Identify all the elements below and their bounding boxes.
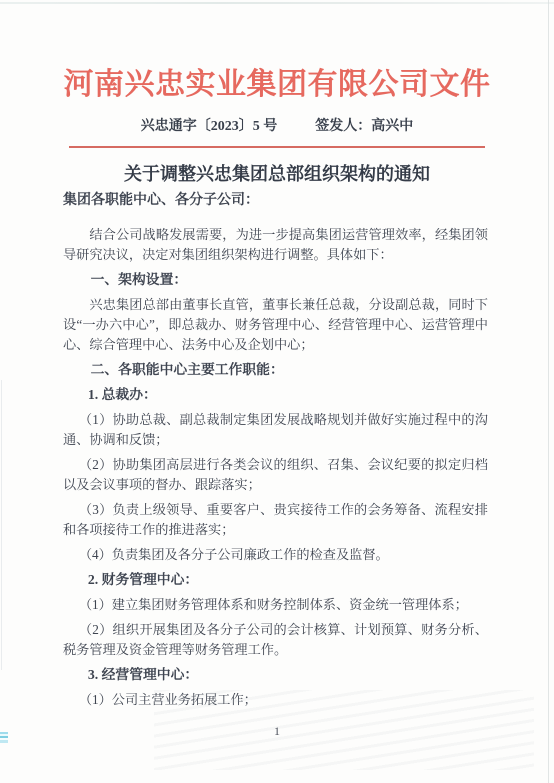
document-title: 关于调整兴忠集团总部组织架构的通知 [0,164,554,184]
document-page: 河南兴忠实业集团有限公司文件 兴忠通字〔2023〕5 号签发人：高兴中 关于调整… [0,0,554,783]
subsection-heading-operations: 3. 经营管理中心： [63,665,488,685]
organization-header-title: 河南兴忠实业集团有限公司文件 [0,0,554,102]
scan-top-edge-artifact [0,2,554,4]
numbered-item: （4）负责集团及各分子公司廉政工作的检查及监督。 [63,545,488,565]
document-body: 集团各职能中心、各分子公司： 结合公司战略发展需要，为进一步提高集团运营管理效率… [63,191,488,710]
paragraph-structure: 兴忠集团总部由董事长直管，董事长兼任总裁，分设副总裁，同时下设“一办六中心”，即… [63,295,488,355]
scan-cyan-stripe-artifact [0,732,8,743]
paragraph-intro: 结合公司战略发展需要，为进一步提高集团运营管理效率，经集团领导研究决议，决定对集… [63,225,488,265]
numbered-item: （2）协助集团高层进行各类会议的组织、召集、会议纪要的拟定归档以及会议事项的督办… [63,455,488,495]
section-heading-1: 一、架构设置： [63,270,488,290]
document-number: 兴忠通字〔2023〕5 号 [141,119,278,134]
document-meta-line: 兴忠通字〔2023〕5 号签发人：高兴中 [0,119,554,135]
addressee-line: 集团各职能中心、各分子公司： [63,191,488,211]
numbered-item: （3）负责上级领导、重要客户、贵宾接待工作的会务筹备、流程安排和各项接待工作的推… [63,500,488,540]
section-heading-2: 二、各职能中心主要工作职能： [63,360,488,380]
numbered-item: （1）建立集团财务管理体系和财务控制体系、资金统一管理体系； [63,595,488,615]
page-number: 1 [0,724,554,738]
numbered-item: （1）公司主营业务拓展工作； [63,690,488,710]
scan-left-edge-artifact [1,380,2,670]
numbered-item: （1）协助总裁、副总裁制定集团发展战略规划并做好实施过程中的沟通、协调和反馈； [63,410,488,450]
numbered-item: （2）组织开展集团及各分子公司的会计核算、计划预算、财务分析、税务管理及资金管理… [63,620,488,660]
issuer-name: 签发人：高兴中 [315,119,413,134]
scan-right-edge-artifact [548,0,549,783]
subsection-heading-finance: 2. 财务管理中心： [63,570,488,590]
header-red-divider [69,146,485,148]
subsection-heading-ceo-office: 1. 总裁办： [63,385,488,405]
